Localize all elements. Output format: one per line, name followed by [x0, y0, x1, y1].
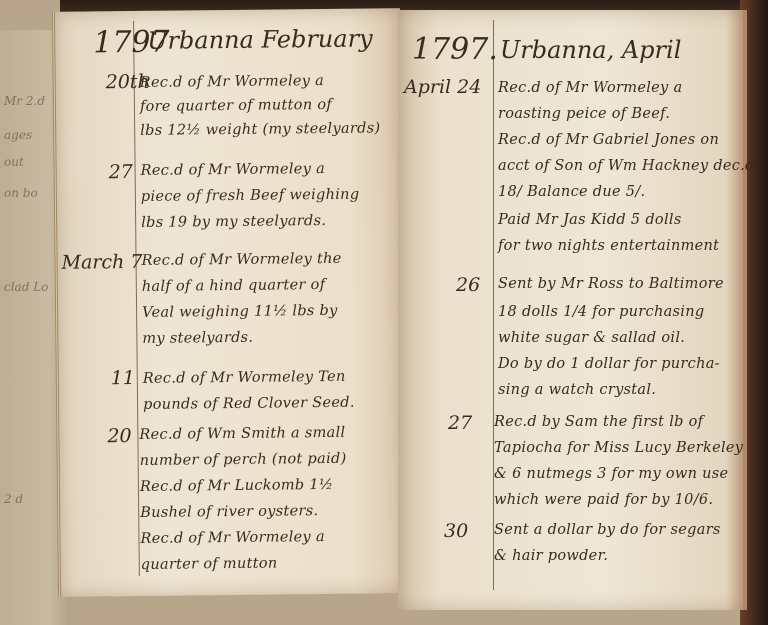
- fragment-text: Mr 2.d: [4, 94, 45, 108]
- entry-date: March 7: [61, 251, 142, 274]
- entry-line: number of perch (not paid): [140, 451, 347, 469]
- entry-line: Rec.d of Mr Wormeley a: [140, 529, 325, 547]
- entry-line: Sent a dollar by do for segars: [494, 522, 721, 538]
- entry-line: Veal weighing 11½ lbs by: [142, 303, 338, 321]
- entry-line: 18 dolls 1/4 for purchasing: [498, 304, 704, 320]
- entry-line: Tapiocha for Miss Lucy Berkeley: [494, 440, 743, 456]
- fragment-text: 2 d: [4, 492, 23, 506]
- entry-line: Bushel of river oysters.: [140, 503, 318, 521]
- right-page: 1797. Urbanna, April April 24 Rec.d of M…: [398, 10, 747, 610]
- entry-date: 27: [109, 161, 133, 183]
- entry-line: Rec.d of Mr Wormeley the: [141, 251, 341, 269]
- fragment-text: on bo: [4, 186, 38, 200]
- entry-line: sing a watch crystal.: [498, 382, 656, 398]
- page-year: 1797.: [412, 32, 498, 67]
- entry-line: pounds of Red Clover Seed.: [143, 395, 355, 413]
- fragment-text: out: [4, 155, 24, 169]
- entry-line: Sent by Mr Ross to Baltimore: [498, 276, 724, 292]
- entry-line: which were paid for by 10/6.: [494, 492, 713, 508]
- entry-line: Do by do 1 dollar for purcha-: [498, 356, 720, 372]
- entry-line: Rec.d of Mr Wormeley a: [141, 161, 326, 179]
- entry-date: 26: [456, 274, 480, 296]
- entry-line: lbs 12½ weight (my steelyards): [140, 120, 380, 139]
- entry-date: April 24: [404, 76, 481, 98]
- entry-date: 30: [444, 520, 468, 542]
- book-photograph: Mr 2.d ages out on bo clad Lo 2 d 1797 U…: [0, 0, 768, 625]
- left-page: 1797 Urbanna February 20th Rec.d of Mr W…: [52, 8, 406, 597]
- entry-line: Rec.d of Mr Wormeley Ten: [143, 369, 346, 387]
- entry-date: 11: [111, 367, 135, 389]
- entry-line: Rec.d by Sam the first lb of: [494, 414, 703, 430]
- entry-line: half of a hind quarter of: [142, 277, 326, 295]
- margin-rule: [133, 21, 140, 576]
- page-heading: Urbanna, April: [500, 36, 681, 64]
- entry-line: quarter of mutton: [141, 556, 278, 573]
- entry-line: acct of Son of Wm Hackney dec.d: [498, 158, 755, 174]
- entry-line: my steelyards.: [142, 330, 253, 347]
- fragment-text: ages: [4, 128, 32, 142]
- entry-line: fore quarter of mutton of: [140, 97, 332, 115]
- entry-line: Paid Mr Jas Kidd 5 dolls: [498, 212, 682, 228]
- entry-date: 20: [107, 425, 131, 447]
- entry-line: roasting peice of Beef.: [498, 106, 670, 122]
- entry-line: piece of fresh Beef weighing: [141, 187, 360, 205]
- fragment-text: clad Lo: [4, 280, 48, 294]
- entry-line: & 6 nutmegs 3 for my own use: [494, 466, 728, 482]
- entry-line: Rec.d of Mr Gabriel Jones on: [498, 132, 719, 148]
- entry-line: Rec.d of Wm Smith a small: [139, 425, 345, 443]
- entry-date: 27: [448, 412, 472, 434]
- entry-line: white sugar & sallad oil.: [498, 330, 685, 346]
- page-heading: Urbanna February: [147, 24, 373, 54]
- entry-line: & hair powder.: [494, 548, 608, 564]
- entry-line: Rec.d of Mr Luckomb 1½: [140, 477, 334, 495]
- entry-line: Rec.d of Mr Wormeley a: [498, 80, 682, 96]
- entry-line: for two nights entertainment: [498, 238, 719, 254]
- entry-line: 18/ Balance due 5/.: [498, 184, 645, 200]
- entry-line: Rec.d of Mr Wormeley a: [140, 73, 325, 91]
- entry-line: lbs 19 by my steelyards.: [141, 213, 326, 231]
